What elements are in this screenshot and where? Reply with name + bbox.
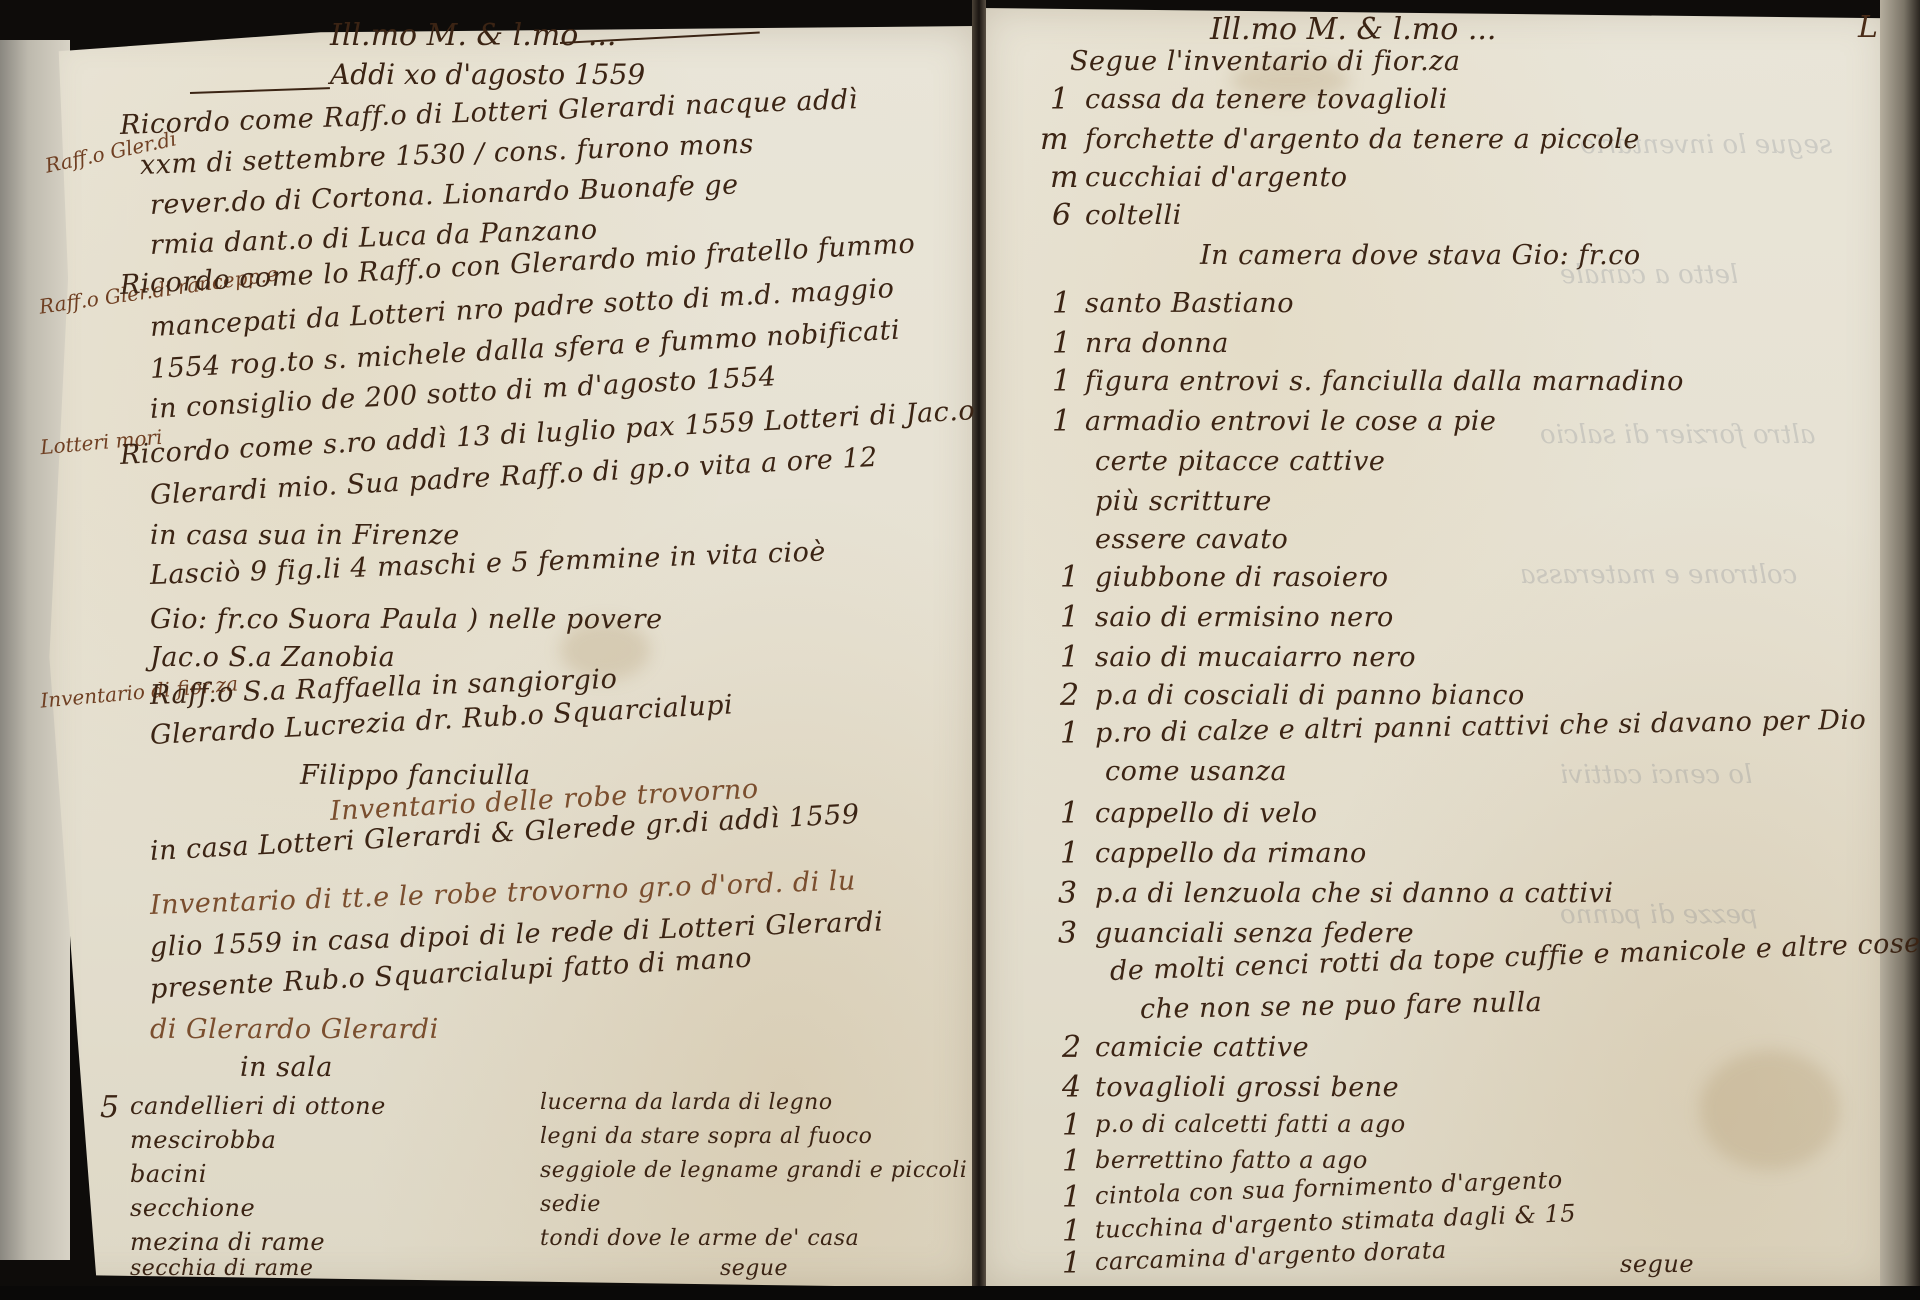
item-qty: m bbox=[1050, 160, 1078, 195]
inventory-item: sedie bbox=[540, 1192, 601, 1217]
book-gutter bbox=[972, 0, 986, 1300]
inventory-subheading: In camera dove stava Gio: fr.co bbox=[1200, 240, 1641, 271]
inventory-item: mezina di rame bbox=[130, 1228, 325, 1256]
item-qty: 1 bbox=[1062, 1214, 1081, 1249]
inventory-item: cappello da rimano bbox=[1095, 838, 1367, 869]
item-qty: 1 bbox=[1062, 1144, 1081, 1179]
right-page-header: Ill.mo M. & l.mo ... bbox=[1210, 12, 1496, 47]
inventory-item: come usanza bbox=[1105, 756, 1287, 787]
item-qty: 1 bbox=[1060, 796, 1079, 831]
item-qty: 1 bbox=[1062, 1180, 1081, 1215]
item-qty: 1 bbox=[1060, 600, 1079, 635]
inventory-item: coltelli bbox=[1085, 200, 1182, 231]
item-qty: m bbox=[1040, 122, 1068, 157]
inventory-heading: Segue l'inventario di fior.za bbox=[1070, 46, 1460, 77]
folio-mark: L bbox=[1858, 10, 1878, 45]
catchword: segue bbox=[1620, 1250, 1694, 1278]
item-qty: 3 bbox=[1058, 876, 1077, 911]
item-qty: 6 bbox=[1052, 198, 1071, 233]
manuscript-line: in casa sua in Firenze bbox=[150, 520, 460, 551]
inventory-item: cappello di velo bbox=[1095, 798, 1318, 829]
manuscript-line: di Glerardo Glerardi bbox=[150, 1014, 439, 1045]
inventory-item: p.a di cosciali di panno bianco bbox=[1095, 680, 1525, 711]
inventory-item: seggiole de legname grandi e piccoli bbox=[540, 1158, 967, 1183]
inventory-item: legni da stare sopra al fuoco bbox=[540, 1124, 872, 1149]
inventory-item: più scritture bbox=[1095, 486, 1272, 517]
left-page-header: Ill.mo M. & l.mo ... bbox=[330, 18, 616, 53]
item-qty: 1 bbox=[1052, 404, 1071, 439]
bleed-through-text: lo cenci cattivi bbox=[1560, 760, 1752, 790]
inventory-item: saio di ermisino nero bbox=[1095, 602, 1394, 633]
inventory-item: guanciali senza federe bbox=[1095, 918, 1414, 949]
inventory-item: tovaglioli grossi bene bbox=[1095, 1072, 1399, 1103]
catchword: segue bbox=[720, 1256, 788, 1281]
item-qty: 1 bbox=[1062, 1246, 1081, 1281]
book-edge-bottom bbox=[0, 1286, 1920, 1300]
inventory-item: mescirobba bbox=[130, 1126, 276, 1154]
item-qty: 1 bbox=[1060, 836, 1079, 871]
inventory-item: berrettino fatto a ago bbox=[1095, 1146, 1368, 1174]
inventory-item: certe pitacce cattive bbox=[1095, 446, 1385, 477]
inventory-item: secchione bbox=[130, 1194, 255, 1222]
item-qty: 1 bbox=[1060, 640, 1079, 675]
left-page-date: Addi xo d'agosto 1559 bbox=[330, 58, 645, 91]
manuscript-line: Gio: fr.co Suora Paula ) nelle povere bbox=[150, 604, 663, 635]
item-qty: 1 bbox=[1052, 364, 1071, 399]
inventory-item: saio di mucaiarro nero bbox=[1095, 642, 1416, 673]
item-qty: 1 bbox=[1060, 716, 1079, 751]
inventory-item: bacini bbox=[130, 1160, 207, 1188]
item-qty: 1 bbox=[1052, 326, 1071, 361]
item-qty: 1 bbox=[1060, 560, 1079, 595]
inventory-item: nra donna bbox=[1085, 328, 1229, 359]
bleed-through-text: altro forzier di salcio bbox=[1540, 420, 1815, 450]
inventory-item: secchia di rame bbox=[130, 1256, 313, 1281]
inventory-item: tondi dove le arme de' casa bbox=[540, 1226, 859, 1251]
inventory-item: figura entrovi s. fanciulla dalla marnad… bbox=[1085, 366, 1684, 397]
item-qty: 1 bbox=[1050, 82, 1069, 117]
bleed-through-text: coltrone e materassa bbox=[1520, 560, 1797, 590]
inventory-item: camicie cattive bbox=[1095, 1032, 1309, 1063]
inventory-item: armadio entrovi le cose a pie bbox=[1085, 406, 1496, 437]
item-qty: 4 bbox=[1062, 1070, 1081, 1105]
item-qty: 5 bbox=[100, 1090, 119, 1125]
inventory-item: essere cavato bbox=[1095, 524, 1288, 555]
inventory-item: santo Bastiano bbox=[1085, 288, 1294, 319]
inventory-item: giubbone di rasoiero bbox=[1095, 562, 1388, 593]
item-qty: 2 bbox=[1062, 1030, 1081, 1065]
item-qty: 3 bbox=[1058, 916, 1077, 951]
inventory-item: cassa da tenere tovaglioli bbox=[1085, 84, 1448, 115]
section-label: in sala bbox=[240, 1052, 333, 1083]
item-qty: 1 bbox=[1052, 286, 1071, 321]
item-qty: 2 bbox=[1060, 678, 1079, 713]
item-qty: 1 bbox=[1062, 1108, 1081, 1143]
book-edge-right bbox=[1880, 0, 1920, 1300]
inventory-item: p.o di calcetti fatti a ago bbox=[1095, 1110, 1406, 1138]
inventory-item: p.a di lenzuola che si danno a cattivi bbox=[1095, 878, 1614, 909]
manuscript-line: Jac.o S.a Zanobia bbox=[150, 642, 395, 673]
paper-stain bbox=[1700, 1050, 1840, 1170]
inventory-item: forchette d'argento da tenere a piccole bbox=[1085, 124, 1640, 155]
inventory-item: cucchiai d'argento bbox=[1085, 162, 1348, 193]
inventory-item: lucerna da larda di legno bbox=[540, 1090, 833, 1115]
inventory-item: candellieri di ottone bbox=[130, 1092, 386, 1120]
